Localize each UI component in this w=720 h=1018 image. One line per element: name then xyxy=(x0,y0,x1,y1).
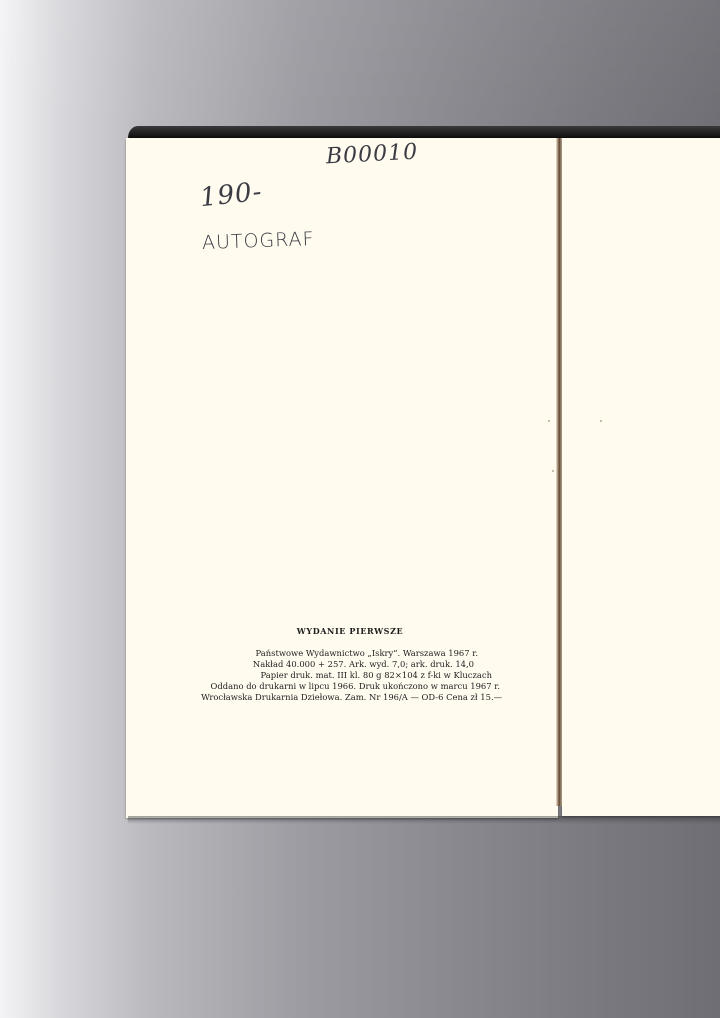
handwritten-catalog-code: B00010 xyxy=(325,140,418,170)
edition-heading: WYDANIE PIERWSZE xyxy=(180,626,520,636)
handwritten-note: AUTOGRAF xyxy=(202,228,315,254)
scanner-background xyxy=(0,0,720,140)
colophon-line: Papier druk. mat. III kl. 80 g 82×104 z … xyxy=(180,670,520,681)
colophon: WYDANIE PIERWSZE Państwowe Wydawnictwo „… xyxy=(180,626,520,703)
colophon-line: Państwowe Wydawnictwo „Iskry”. Warszawa … xyxy=(180,648,520,659)
book-bottom-shadow xyxy=(128,816,720,824)
paper-speck xyxy=(552,470,554,472)
colophon-line: Oddano do drukarni w lipcu 1966. Druk uk… xyxy=(180,681,520,692)
paper-speck xyxy=(548,420,550,422)
right-page xyxy=(562,138,720,816)
colophon-line: Nakład 40.000 + 257. Ark. wyd. 7,0; ark.… xyxy=(180,659,520,670)
paper-speck xyxy=(600,420,602,422)
left-page xyxy=(126,138,558,818)
colophon-line: Wrocławska Drukarnia Dziełowa. Zam. Nr 1… xyxy=(180,692,520,703)
